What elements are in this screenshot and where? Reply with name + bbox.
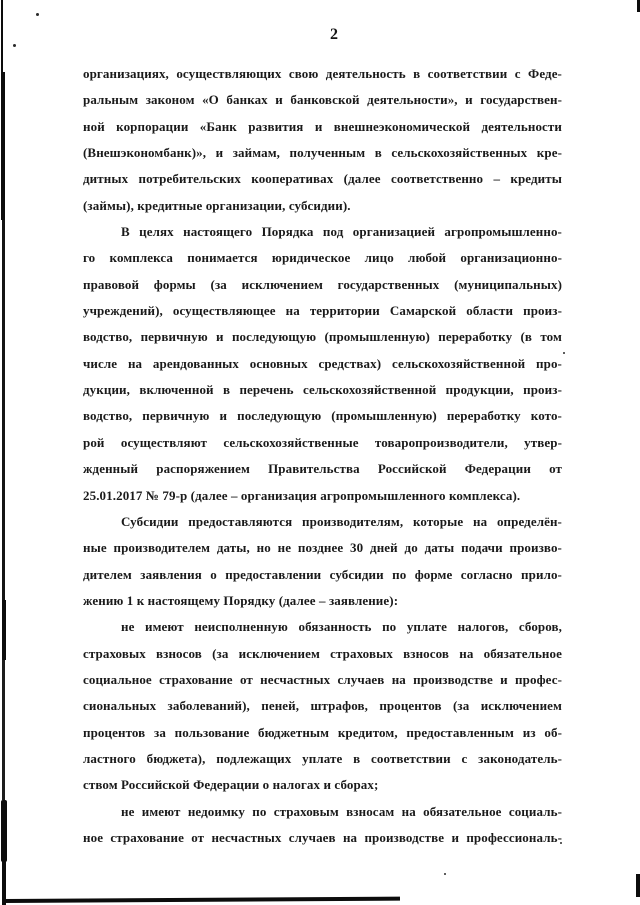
text-line: социальное страхование от несчастных слу… (83, 667, 562, 693)
paragraph: не имеют неисполненную обязанность по уп… (83, 614, 562, 798)
text-line: процентов за пользование бюджетным креди… (83, 720, 562, 746)
scan-artifact-left-edge (2, 660, 5, 800)
text-line: ное страхование от несчастных случаев на… (83, 825, 562, 851)
text-line: водство, первичную и последующую (промыш… (83, 324, 562, 350)
text-line: не имеют неисполненную обязанность по уп… (83, 614, 562, 640)
scan-speck (13, 44, 16, 47)
text-line: не имеют недоимку по страховым взносам н… (83, 799, 562, 825)
paragraph: В целях настоящего Порядка под организац… (83, 219, 562, 509)
scan-artifact-left-edge (1, 800, 7, 862)
text-line: рой осуществляют сельскохозяйственные то… (83, 430, 562, 456)
text-line: ные производителем даты, но не позднее 3… (83, 535, 562, 561)
text-line: жению 1 к настоящему Порядку (далее – за… (83, 588, 562, 614)
text-line: ной корпорации «Банк развития и внешнеэк… (83, 114, 562, 140)
scan-artifact-left-edge (2, 220, 5, 600)
scan-speck (563, 352, 565, 354)
text-line: дукции, включенной в перечень сельскохоз… (83, 377, 562, 403)
text-line: правовой формы (за исключением государст… (83, 272, 562, 298)
text-line: организациях, осуществляющих свою деятел… (83, 61, 562, 87)
text-line: сиональных заболеваний), пеней, штрафов,… (83, 693, 562, 719)
text-line: водство, первичную и последующую (промыш… (83, 403, 562, 429)
text-line: страховых взносов (за исключением страхо… (83, 641, 562, 667)
text-line: Субсидии предоставляются производителям,… (83, 509, 562, 535)
text-line: го комплекса понимается юридическое лицо… (83, 245, 562, 271)
scan-artifact-left-edge (1, 72, 5, 220)
text-line: жденный распоряжением Правительства Росс… (83, 456, 562, 482)
text-line: учреждений), осуществляющее на территори… (83, 298, 562, 324)
text-line: ральным законом «О банках и банковской д… (83, 87, 562, 113)
text-line: 25.01.2017 № 79-р (далее – организация а… (83, 483, 562, 509)
text-line: В целях настоящего Порядка под организац… (83, 219, 562, 245)
page-number: 2 (330, 26, 338, 44)
text-line: ластного бюджета), подлежащих уплате в с… (83, 746, 562, 772)
paragraph: не имеют недоимку по страховым взносам н… (83, 799, 562, 852)
scan-artifact-left-edge (2, 600, 6, 660)
scan-artifact-right-edge (636, 874, 640, 897)
scan-speck (444, 873, 446, 875)
text-line: (займы), кредитные организации, субсидии… (83, 193, 562, 219)
scan-speck (36, 13, 39, 16)
text-line: дителем заявления о предоставлении субси… (83, 562, 562, 588)
text-line: числе на арендованных основных средствах… (83, 351, 562, 377)
scanned-document-page: 2 организациях, осуществляющих свою деят… (0, 0, 640, 905)
scan-artifact-bottom-line (5, 897, 400, 903)
text-line: ством Российской Федерации о налогах и с… (83, 772, 562, 798)
paragraph: Субсидии предоставляются производителям,… (83, 509, 562, 614)
scan-artifact-left-edge (1, 0, 3, 72)
text-line: (Внешэкономбанк)», и займам, полученным … (83, 140, 562, 166)
document-text-block: организациях, осуществляющих свою деятел… (83, 61, 562, 851)
paragraph: организациях, осуществляющих свою деятел… (83, 61, 562, 219)
text-line: дитных потребительских кооперативах (дал… (83, 166, 562, 192)
